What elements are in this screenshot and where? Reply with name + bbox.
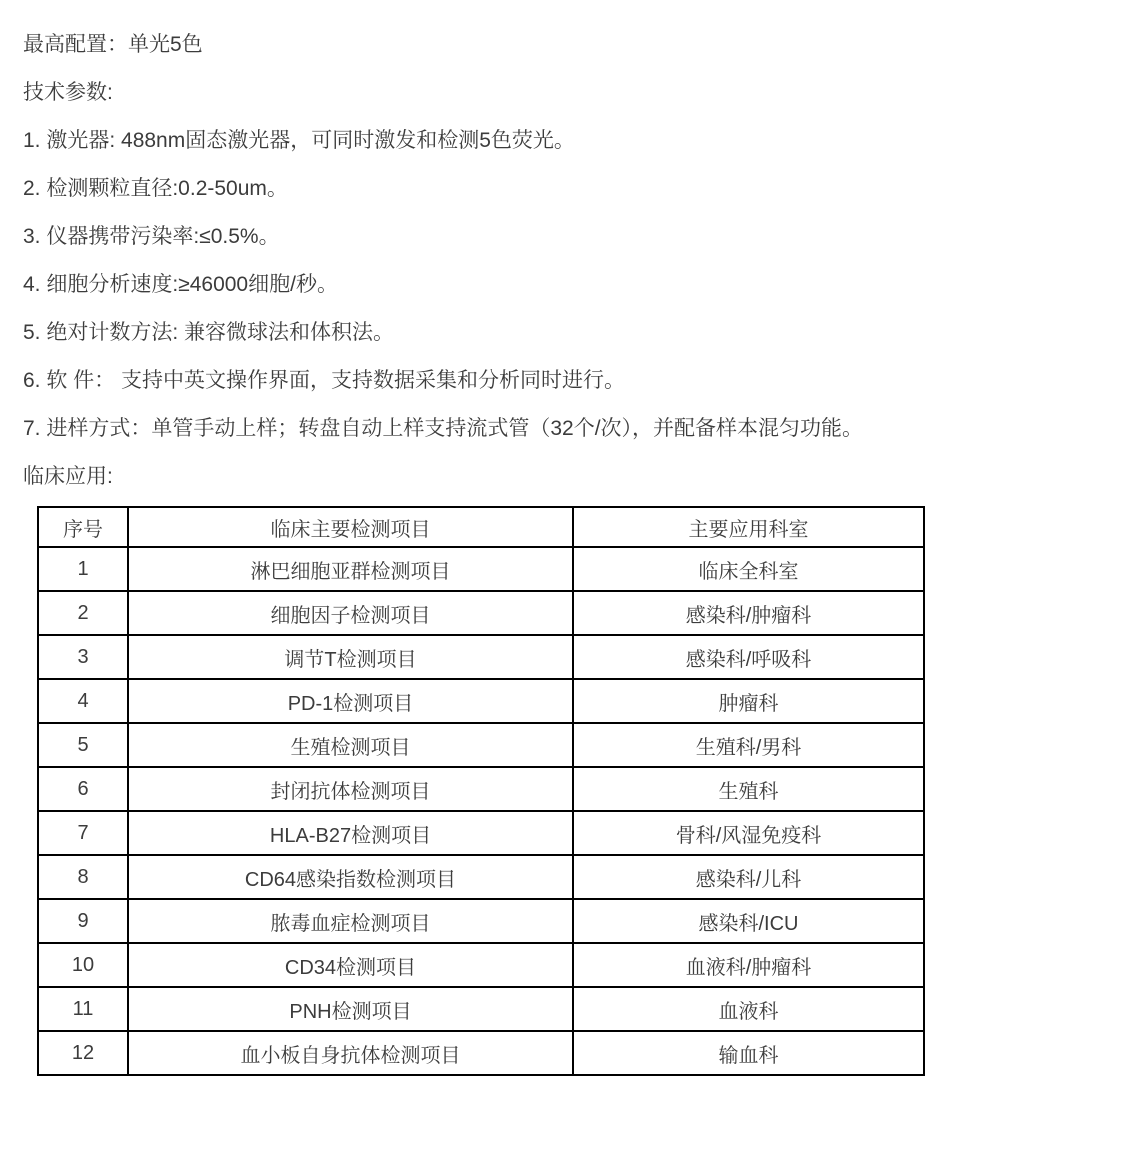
spec-item-laser: 1. 激光器: 488nm固态激光器，可同时激发和检测5色荧光。 <box>23 117 1129 165</box>
table-row: 8CD64感染指数检测项目感染科/儿科 <box>38 855 924 899</box>
row-index-cell: 9 <box>38 899 128 943</box>
row-index-cell: 10 <box>38 943 128 987</box>
test-item-cell: 调节T检测项目 <box>128 635 573 679</box>
table-row: 6封闭抗体检测项目生殖科 <box>38 767 924 811</box>
table-row: 3调节T检测项目感染科/呼吸科 <box>38 635 924 679</box>
test-item-cell: 血小板自身抗体检测项目 <box>128 1031 573 1075</box>
spec-document: 最高配置：单光5色 技术参数: 1. 激光器: 488nm固态激光器，可同时激发… <box>0 0 1129 1076</box>
department-cell: 生殖科/男科 <box>573 723 924 767</box>
row-index-cell: 11 <box>38 987 128 1031</box>
test-item-cell: CD34检测项目 <box>128 943 573 987</box>
department-cell: 血液科 <box>573 987 924 1031</box>
department-cell: 输血科 <box>573 1031 924 1075</box>
test-item-cell: 淋巴细胞亚群检测项目 <box>128 547 573 591</box>
test-item-cell: 封闭抗体检测项目 <box>128 767 573 811</box>
header-cell-test-item: 临床主要检测项目 <box>128 507 573 547</box>
spec-item-software: 6. 软 件： 支持中英文操作界面，支持数据采集和分析同时进行。 <box>23 357 1129 405</box>
department-cell: 感染科/儿科 <box>573 855 924 899</box>
department-cell: 感染科/肿瘤科 <box>573 591 924 635</box>
table-row: 1淋巴细胞亚群检测项目临床全科室 <box>38 547 924 591</box>
department-cell: 肿瘤科 <box>573 679 924 723</box>
row-index-cell: 5 <box>38 723 128 767</box>
table-row: 12血小板自身抗体检测项目输血科 <box>38 1031 924 1075</box>
spec-item-speed: 4. 细胞分析速度:≥46000细胞/秒。 <box>23 261 1129 309</box>
spec-item-sampling: 7. 进样方式：单管手动上样；转盘自动上样支持流式管（32个/次），并配备样本混… <box>23 405 1129 453</box>
test-item-cell: CD64感染指数检测项目 <box>128 855 573 899</box>
header-cell-department: 主要应用科室 <box>573 507 924 547</box>
test-item-cell: PD-1检测项目 <box>128 679 573 723</box>
table-row: 9脓毒血症检测项目感染科/ICU <box>38 899 924 943</box>
table-row: 10CD34检测项目血液科/肿瘤科 <box>38 943 924 987</box>
test-item-cell: 生殖检测项目 <box>128 723 573 767</box>
table-row: 5生殖检测项目生殖科/男科 <box>38 723 924 767</box>
department-cell: 感染科/呼吸科 <box>573 635 924 679</box>
spec-item-counting: 5. 绝对计数方法: 兼容微球法和体积法。 <box>23 309 1129 357</box>
row-index-cell: 3 <box>38 635 128 679</box>
clinical-table-body: 1淋巴细胞亚群检测项目临床全科室2细胞因子检测项目感染科/肿瘤科3调节T检测项目… <box>38 547 924 1075</box>
table-row: 4PD-1检测项目肿瘤科 <box>38 679 924 723</box>
clinical-applications-table: 序号 临床主要检测项目 主要应用科室 1淋巴细胞亚群检测项目临床全科室2细胞因子… <box>37 506 925 1076</box>
spec-item-carryover: 3. 仪器携带污染率:≤0.5%。 <box>23 213 1129 261</box>
table-row: 7HLA-B27检测项目骨科/风湿免疫科 <box>38 811 924 855</box>
row-index-cell: 2 <box>38 591 128 635</box>
row-index-cell: 6 <box>38 767 128 811</box>
clinical-apps-heading: 临床应用: <box>23 453 1129 501</box>
header-cell-index: 序号 <box>38 507 128 547</box>
test-item-cell: 细胞因子检测项目 <box>128 591 573 635</box>
row-index-cell: 1 <box>38 547 128 591</box>
max-config-line: 最高配置：单光5色 <box>23 21 1129 69</box>
spec-item-particle: 2. 检测颗粒直径:0.2-50um。 <box>23 165 1129 213</box>
test-item-cell: 脓毒血症检测项目 <box>128 899 573 943</box>
department-cell: 血液科/肿瘤科 <box>573 943 924 987</box>
row-index-cell: 4 <box>38 679 128 723</box>
row-index-cell: 8 <box>38 855 128 899</box>
department-cell: 骨科/风湿免疫科 <box>573 811 924 855</box>
department-cell: 生殖科 <box>573 767 924 811</box>
test-item-cell: HLA-B27检测项目 <box>128 811 573 855</box>
row-index-cell: 7 <box>38 811 128 855</box>
table-row: 11PNH检测项目血液科 <box>38 987 924 1031</box>
row-index-cell: 12 <box>38 1031 128 1075</box>
table-row: 2细胞因子检测项目感染科/肿瘤科 <box>38 591 924 635</box>
table-header-row: 序号 临床主要检测项目 主要应用科室 <box>38 507 924 547</box>
department-cell: 感染科/ICU <box>573 899 924 943</box>
department-cell: 临床全科室 <box>573 547 924 591</box>
test-item-cell: PNH检测项目 <box>128 987 573 1031</box>
tech-params-heading: 技术参数: <box>23 69 1129 117</box>
